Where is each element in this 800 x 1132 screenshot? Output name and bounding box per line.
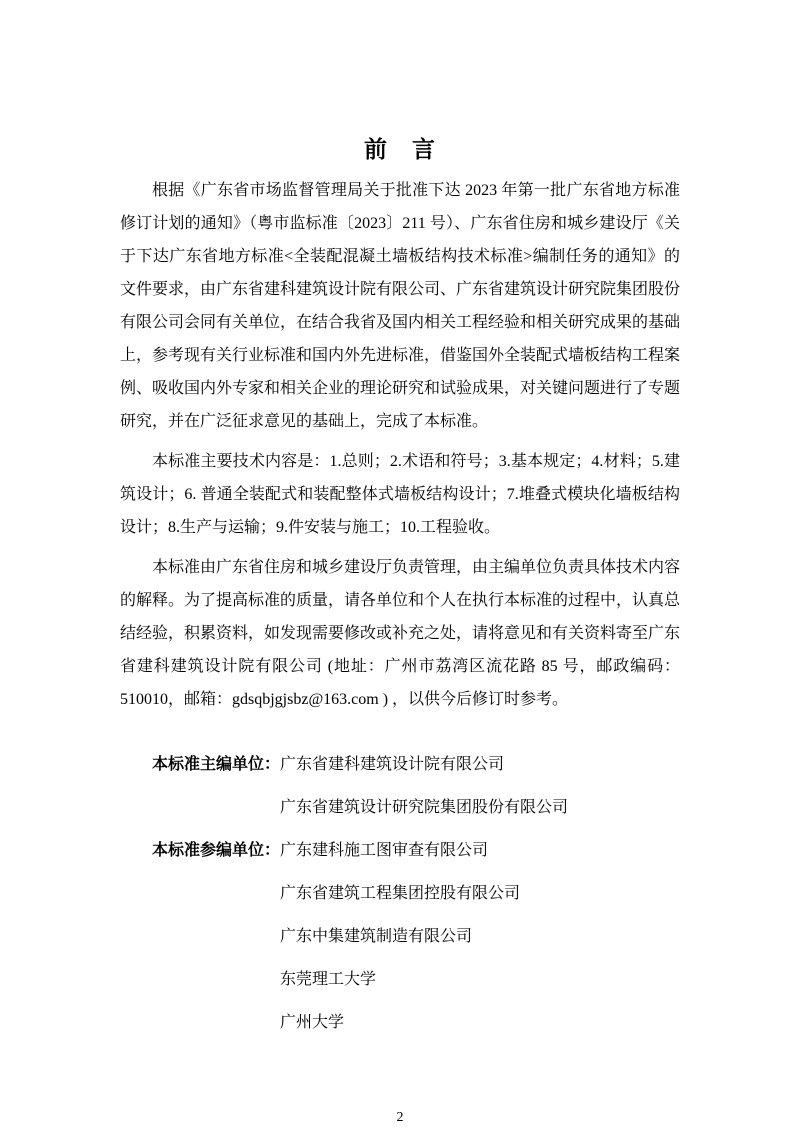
page-number: 2 — [0, 1110, 800, 1126]
chief-editor-org: 广东省建筑设计研究院集团股份有限公司 — [280, 786, 568, 829]
chief-editor-org: 广东省建科建筑设计院有限公司 — [280, 743, 504, 786]
participant-editor-org: 广东建科施工图审查有限公司 — [280, 829, 488, 872]
participant-editor-row: 广东中集建筑制造有限公司 — [120, 915, 680, 958]
paragraph-contents: 本标准主要技术内容是：1.总则；2.术语和符号；3.基本规定；4.材料；5.建筑… — [120, 445, 680, 544]
document-page: 前 言 根据《广东省市场监督管理局关于批准下达 2023 年第一批广东省地方标准… — [0, 0, 800, 1132]
participant-editor-label: 本标准参编单位： — [152, 829, 280, 872]
participant-editor-org: 东莞理工大学 — [280, 958, 376, 1001]
paragraph-management: 本标准由广东省住房和城乡建设厅负责管理，由主编单位负责具体技术内容的解释。为了提… — [120, 551, 680, 716]
participant-editor-row: 广州大学 — [120, 1001, 680, 1044]
chief-editor-row: 本标准主编单位： 广东省建科建筑设计院有限公司 — [120, 743, 680, 786]
participant-editor-row: 本标准参编单位： 广东建科施工图审查有限公司 — [120, 829, 680, 872]
chief-editor-label: 本标准主编单位： — [152, 743, 280, 786]
participant-editor-row: 东莞理工大学 — [120, 958, 680, 1001]
editor-units-section: 本标准主编单位： 广东省建科建筑设计院有限公司 广东省建筑设计研究院集团股份有限… — [120, 743, 680, 1044]
participant-editor-org: 广东省建筑工程集团控股有限公司 — [280, 872, 520, 915]
participant-editor-row: 广东省建筑工程集团控股有限公司 — [120, 872, 680, 915]
paragraph-basis: 根据《广东省市场监督管理局关于批准下达 2023 年第一批广东省地方标准修订计划… — [120, 174, 680, 438]
participant-editor-org: 广东中集建筑制造有限公司 — [280, 915, 472, 958]
preface-body: 根据《广东省市场监督管理局关于批准下达 2023 年第一批广东省地方标准修订计划… — [120, 174, 680, 716]
chief-editor-row: 广东省建筑设计研究院集团股份有限公司 — [120, 786, 680, 829]
participant-editor-org: 广州大学 — [280, 1001, 344, 1044]
page-title: 前 言 — [120, 136, 680, 164]
